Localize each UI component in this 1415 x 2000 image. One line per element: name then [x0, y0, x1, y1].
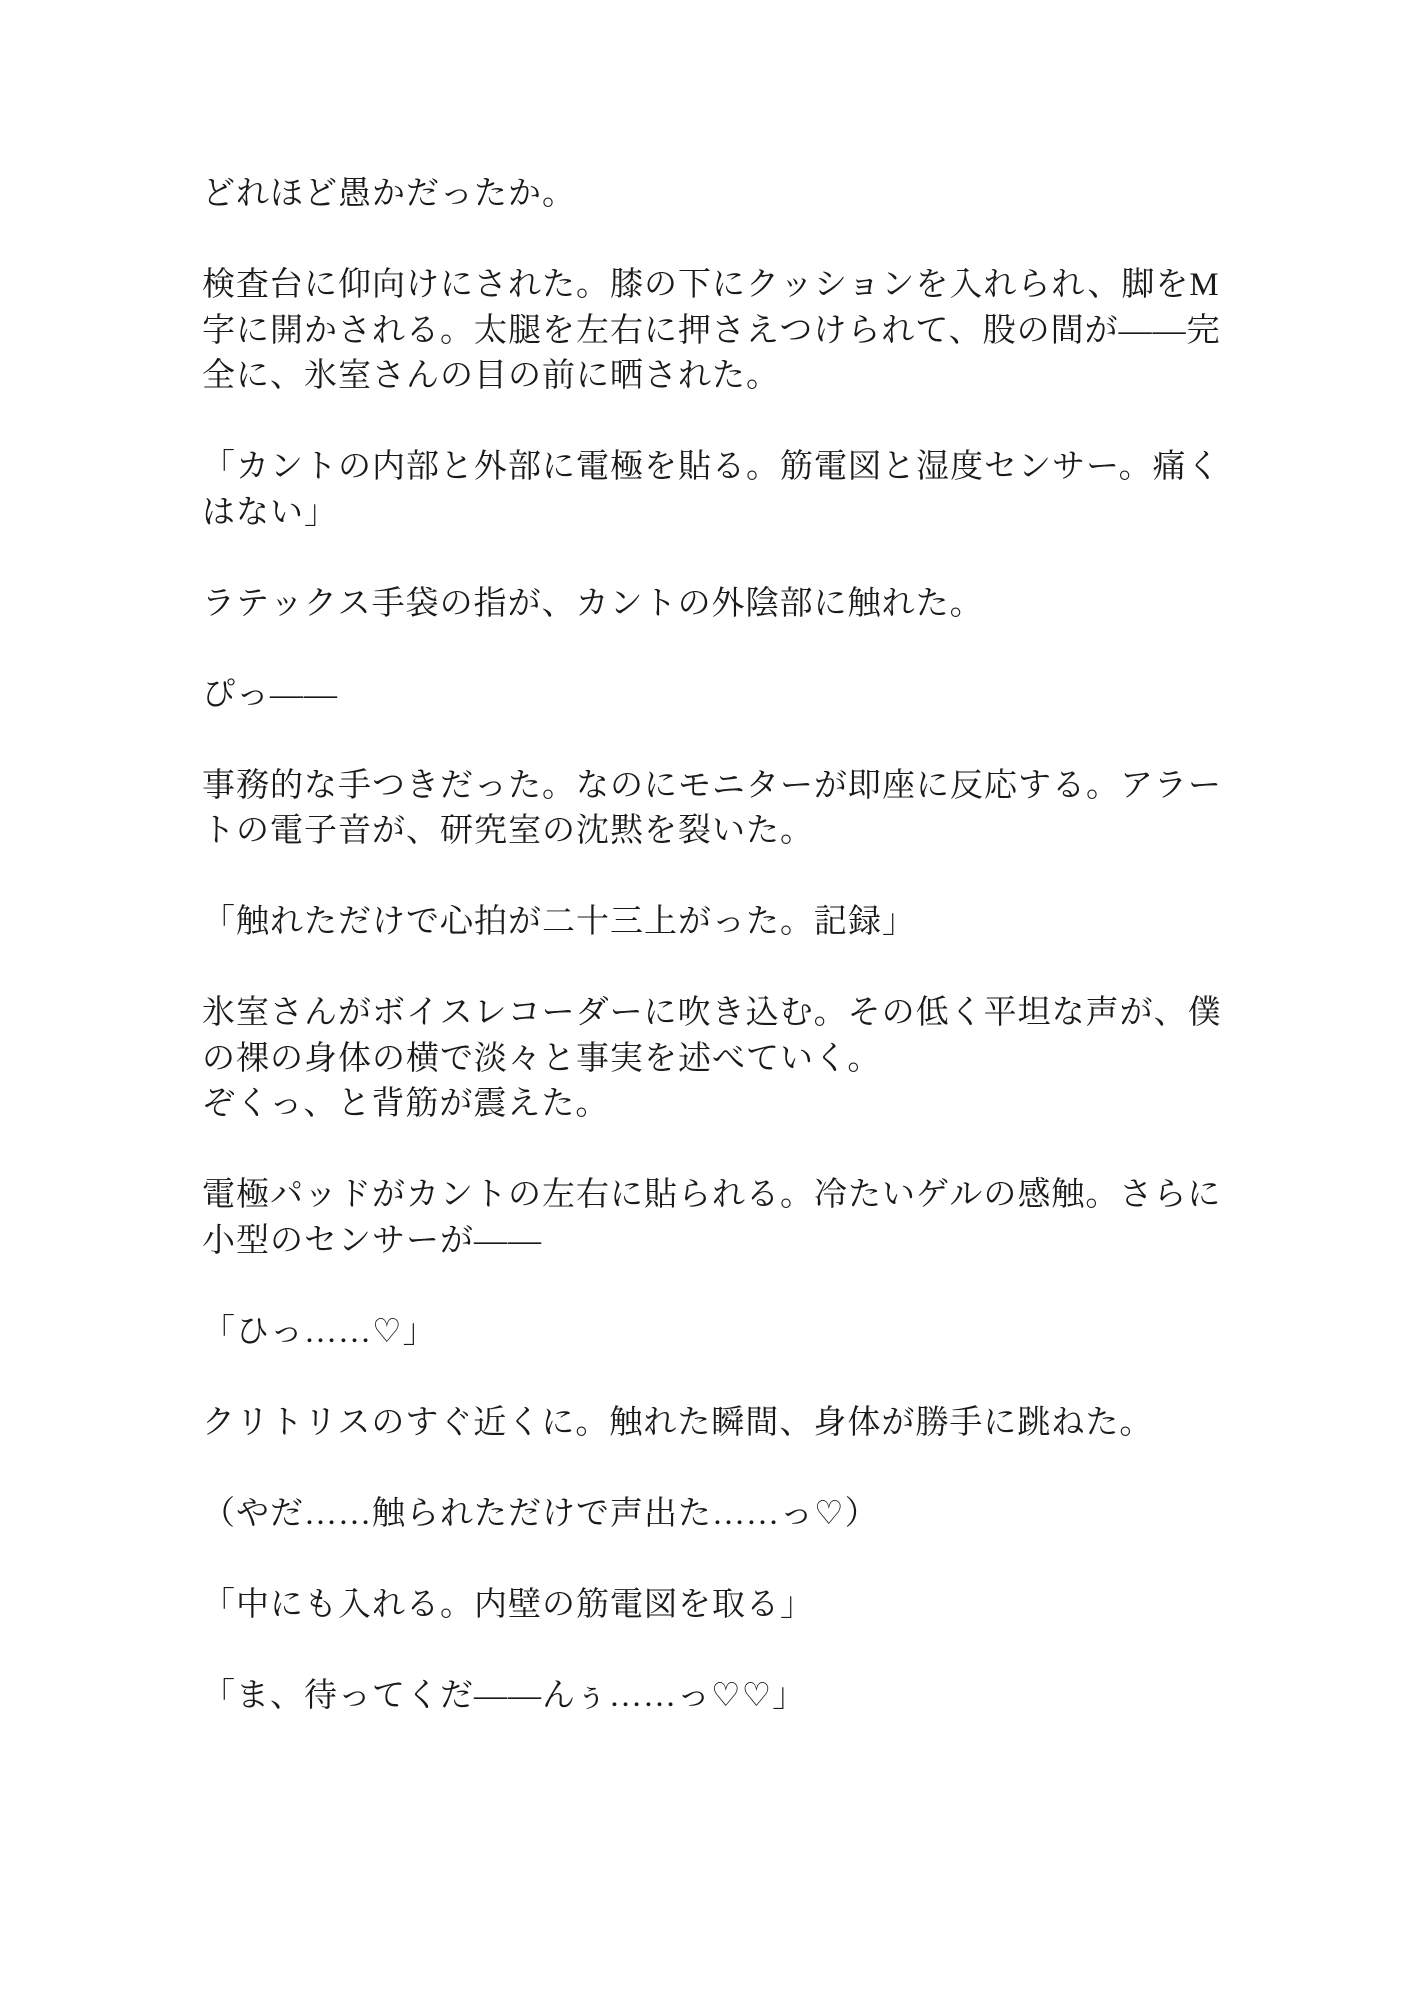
document-page: どれほど愚かだったか。検査台に仰向けにされた。膝の下にクッションを入れられ、脚を…	[0, 0, 1415, 2000]
text-line: 事務的な手つきだった。なのにモニターが即座に反応する。アラー	[202, 764, 1215, 810]
text-line: クリトリスのすぐ近くに。触れた瞬間、身体が勝手に跳ねた。	[202, 1401, 1215, 1447]
text-line: 全に、氷室さんの目の前に晒された。	[202, 354, 1215, 400]
text-line: 「ま、待ってくだ——んぅ……っ♡♡」	[202, 1674, 1215, 1720]
text-line: 「触れただけで心拍が二十三上がった。記録」	[202, 900, 1215, 946]
text-line: ぞくっ、と背筋が震えた。	[202, 1082, 1215, 1128]
paragraph: 電極パッドがカントの左右に貼られる。冷たいゲルの感触。さらに小型のセンサーが——	[202, 1173, 1215, 1264]
paragraph: 事務的な手つきだった。なのにモニターが即座に反応する。アラートの電子音が、研究室…	[202, 764, 1215, 855]
text-line: はない」	[202, 491, 1215, 537]
text-line: 「中にも入れる。内壁の筋電図を取る」	[202, 1583, 1215, 1629]
paragraph: （やだ……触られただけで声出た……っ♡）	[202, 1492, 1215, 1538]
document-body: どれほど愚かだったか。検査台に仰向けにされた。膝の下にクッションを入れられ、脚を…	[202, 172, 1215, 1719]
text-line: 「ひっ……♡」	[202, 1310, 1215, 1356]
paragraph: 「中にも入れる。内壁の筋電図を取る」	[202, 1583, 1215, 1629]
text-line: ぴっ——	[202, 673, 1215, 719]
text-line: 字に開かされる。太腿を左右に押さえつけられて、股の間が——完	[202, 309, 1215, 355]
paragraph: ぴっ——	[202, 673, 1215, 719]
paragraph: どれほど愚かだったか。	[202, 172, 1215, 218]
text-line: 電極パッドがカントの左右に貼られる。冷たいゲルの感触。さらに	[202, 1173, 1215, 1219]
paragraph: ラテックス手袋の指が、カントの外陰部に触れた。	[202, 582, 1215, 628]
text-line: ラテックス手袋の指が、カントの外陰部に触れた。	[202, 582, 1215, 628]
paragraph: 「ま、待ってくだ——んぅ……っ♡♡」	[202, 1674, 1215, 1720]
text-line: 「カントの内部と外部に電極を貼る。筋電図と湿度センサー。痛く	[202, 445, 1215, 491]
paragraph: 「ひっ……♡」	[202, 1310, 1215, 1356]
paragraph: 検査台に仰向けにされた。膝の下にクッションを入れられ、脚をM字に開かされる。太腿…	[202, 263, 1215, 400]
text-line: の裸の身体の横で淡々と事実を述べていく。	[202, 1037, 1215, 1083]
text-line: 小型のセンサーが——	[202, 1219, 1215, 1265]
text-line: （やだ……触られただけで声出た……っ♡）	[202, 1492, 1215, 1538]
text-line: トの電子音が、研究室の沈黙を裂いた。	[202, 809, 1215, 855]
paragraph: 氷室さんがボイスレコーダーに吹き込む。その低く平坦な声が、僕の裸の身体の横で淡々…	[202, 991, 1215, 1128]
paragraph: 「触れただけで心拍が二十三上がった。記録」	[202, 900, 1215, 946]
text-line: 氷室さんがボイスレコーダーに吹き込む。その低く平坦な声が、僕	[202, 991, 1215, 1037]
text-line: どれほど愚かだったか。	[202, 172, 1215, 218]
text-line: 検査台に仰向けにされた。膝の下にクッションを入れられ、脚をM	[202, 263, 1215, 309]
paragraph: 「カントの内部と外部に電極を貼る。筋電図と湿度センサー。痛くはない」	[202, 445, 1215, 536]
paragraph: クリトリスのすぐ近くに。触れた瞬間、身体が勝手に跳ねた。	[202, 1401, 1215, 1447]
